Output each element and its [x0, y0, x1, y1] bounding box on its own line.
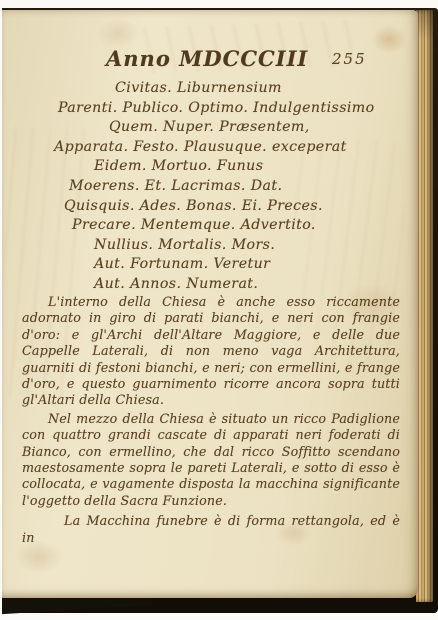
epigraph-line: Moerens. Et. Lacrimas. Dat. — [69, 177, 418, 197]
epigraph-line: Eidem. Mortuo. Funus — [94, 157, 418, 177]
paragraph: L'interno della Chiesa è anche esso ricc… — [22, 294, 400, 409]
epigraph-line: Apparata. Festo. Plausuque. exceperat — [54, 138, 418, 158]
epigraph-line: Quisquis. Ades. Bonas. Ei. Preces. — [64, 197, 418, 217]
epigraph-line: Quem. Nuper. Præsentem, — [109, 118, 418, 138]
paragraph: La Macchina funebre è di forma rettangol… — [22, 513, 400, 546]
paragraph: Nel mezzo della Chiesa è situato un ricc… — [22, 411, 400, 509]
book-fore-edge-pages — [416, 10, 433, 602]
epigraph-line: Parenti. Publico. Optimo. Indulgentissim… — [58, 99, 418, 119]
epigraph-line: Nullius. Mortalis. Mors. — [94, 236, 418, 256]
epigraph-line: Civitas. Liburnensium — [115, 79, 418, 99]
book-cover-backdrop: Anno MDCCCIII 255 Civitas. Liburnensium … — [2, 8, 438, 613]
manuscript-page: Anno MDCCCIII 255 Civitas. Liburnensium … — [2, 10, 418, 598]
epigraph-line: Precare. Mentemque. Advertito. — [72, 216, 418, 236]
italian-prose: L'interno della Chiesa è anche esso ricc… — [22, 294, 400, 546]
epigraph-line: Aut. Annos. Numerat. — [94, 275, 418, 295]
folio-number: 255 — [332, 50, 367, 68]
scanned-manuscript-photo: Anno MDCCCIII 255 Civitas. Liburnensium … — [0, 0, 438, 620]
latin-epigraph: Civitas. Liburnensium Parenti. Publico. … — [2, 79, 418, 295]
epigraph-line: Aut. Fortunam. Veretur — [94, 255, 418, 275]
page-title: Anno MDCCCIII — [106, 46, 308, 71]
heading-row: Anno MDCCCIII 255 — [2, 46, 418, 76]
